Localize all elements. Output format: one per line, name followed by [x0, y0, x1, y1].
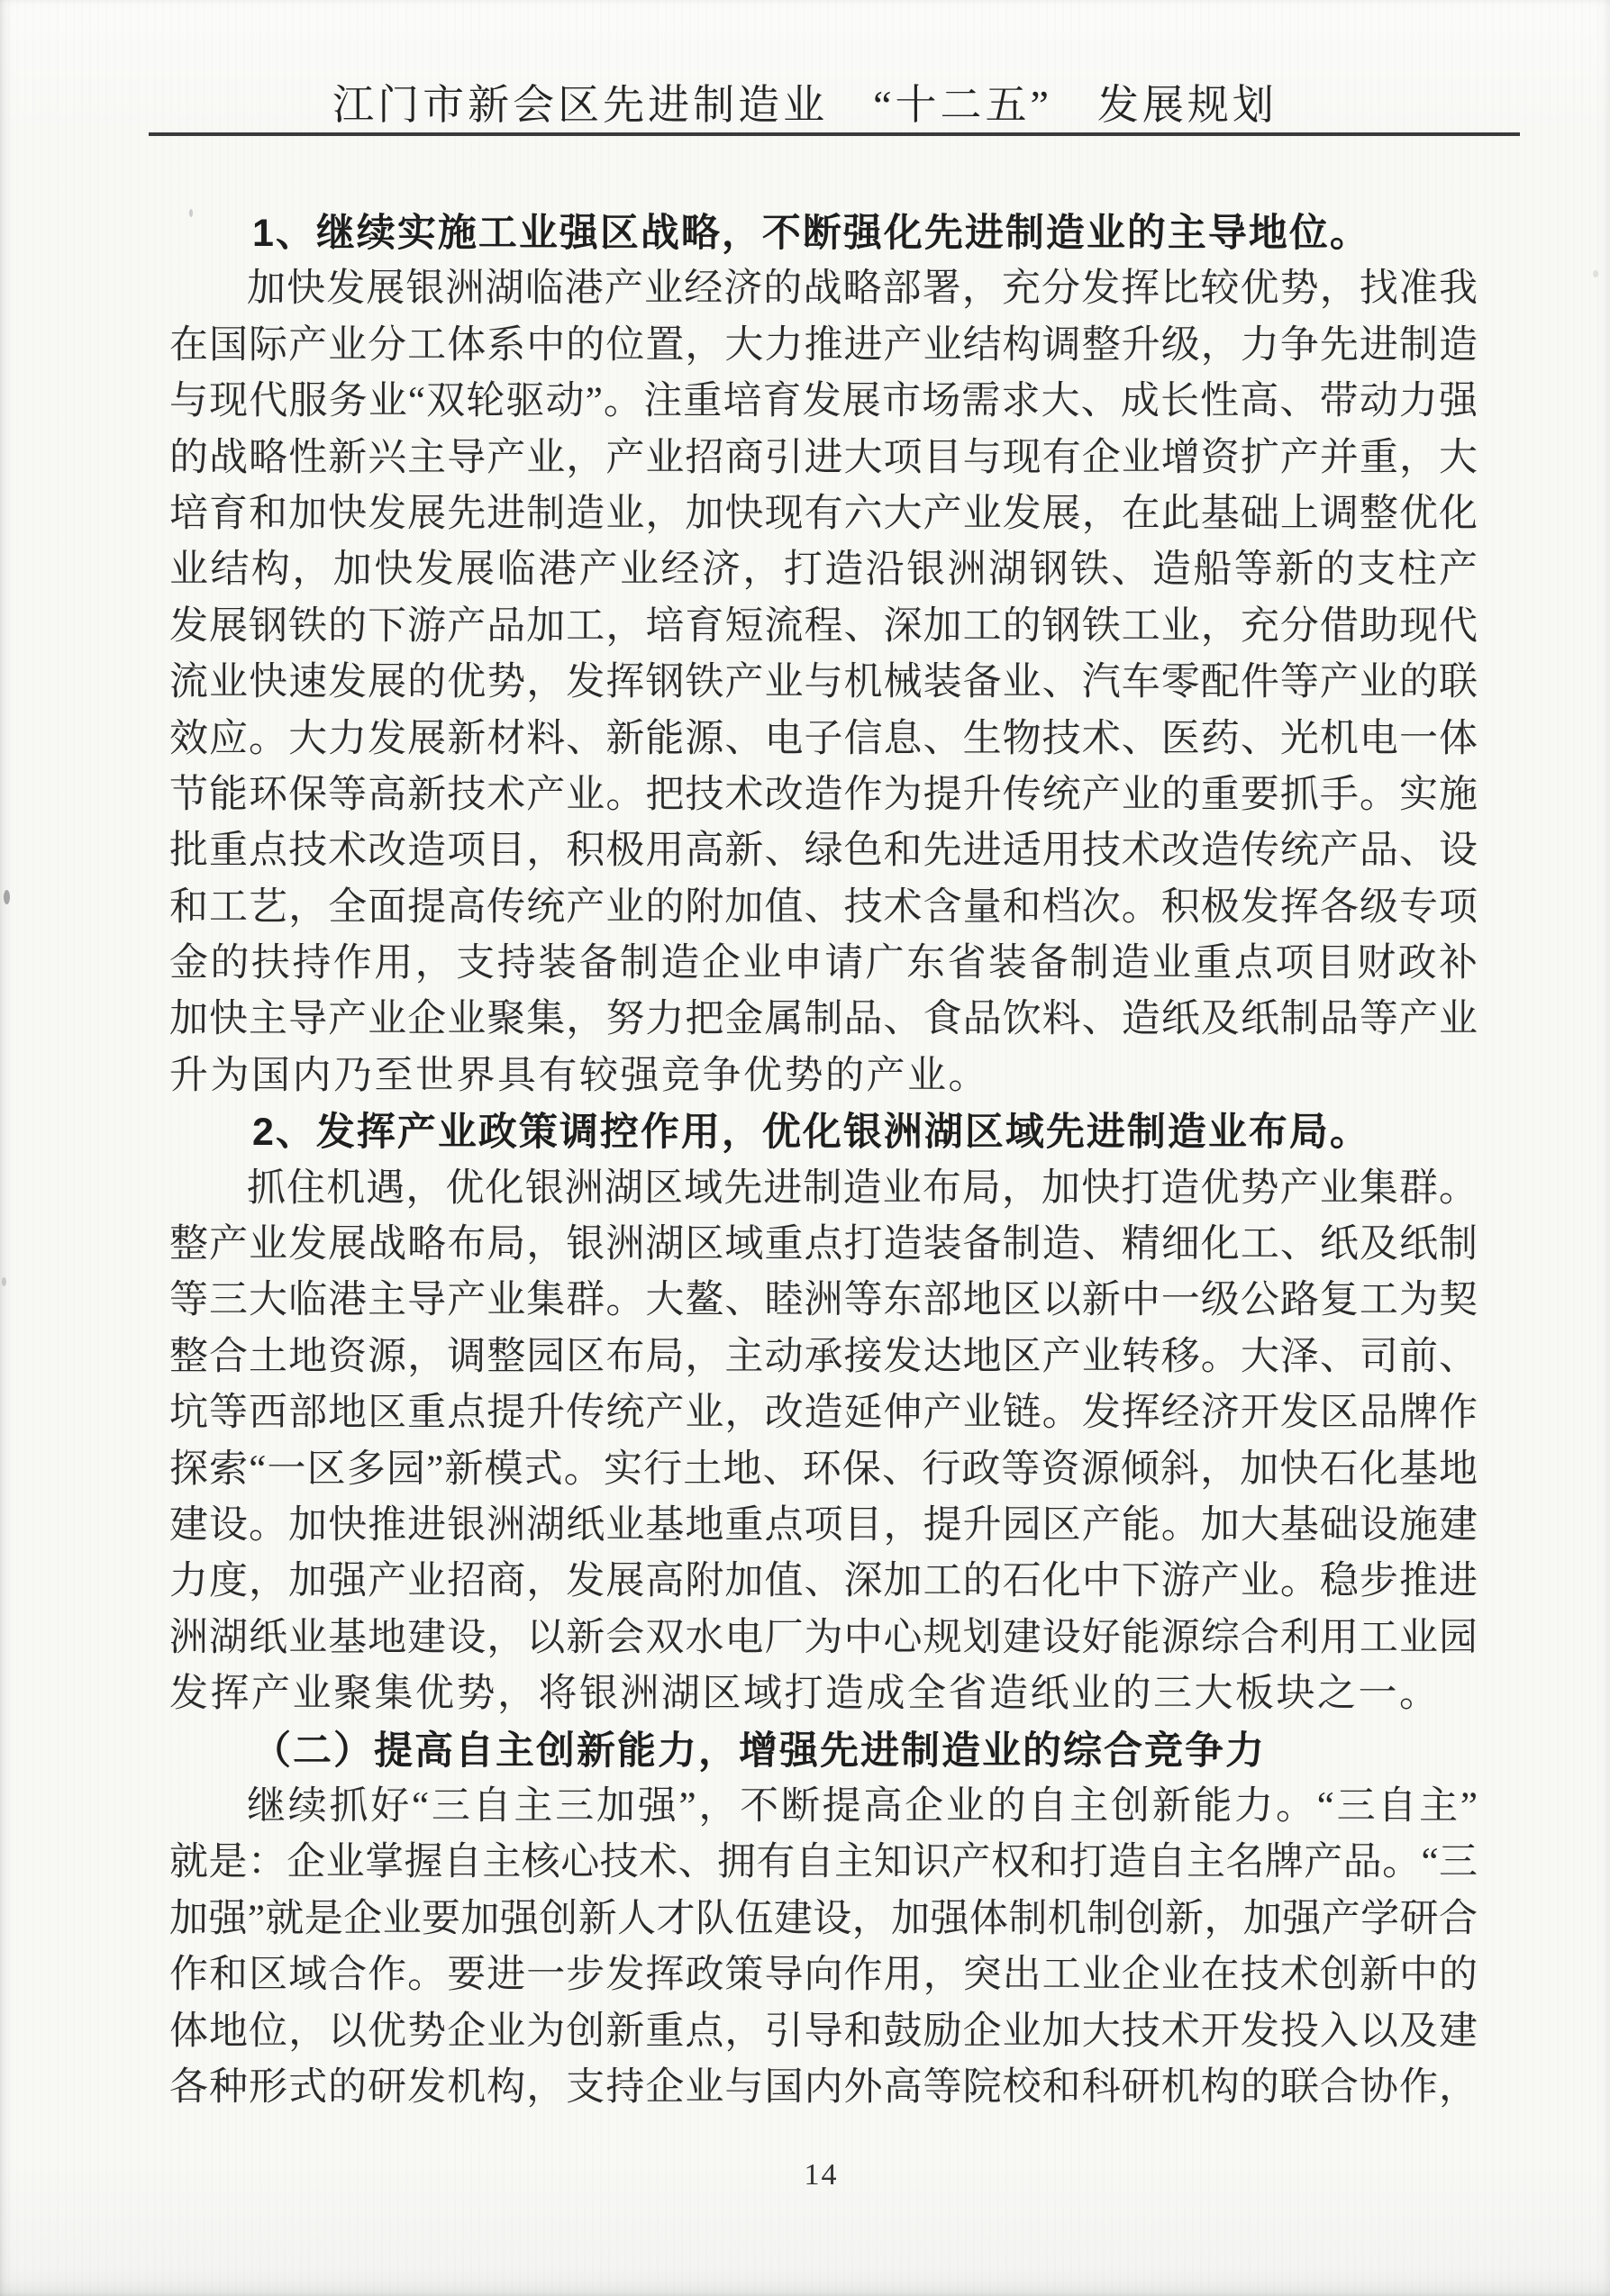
text-line: 在国际产业分工体系中的位置，大力推进产业结构调整升级，力争先进制造业: [169, 318, 1478, 374]
text-line: 的战略性新兴主导产业，产业招商引进大项目与现有企业增资扩产并重，大力: [169, 431, 1478, 486]
text-line: 等三大临港主导产业集群。大鳌、睦洲等东部地区以新中一级公路复工为契机，: [169, 1273, 1478, 1329]
text-line: 力度，加强产业招商，发展高附加值、深加工的石化中下游产业。稳步推进银: [169, 1554, 1478, 1610]
text-line: 建设。加快推进银洲湖纸业基地重点项目，提升园区产能。加大基础设施建设: [169, 1498, 1478, 1554]
text-line: 坑等西部地区重点提升传统产业，改造延伸产业链。发挥经济开发区品牌作用，: [169, 1385, 1478, 1441]
section-heading: 2、发挥产业政策调控作用，优化银洲湖区域先进制造业布局。: [169, 1104, 1478, 1160]
text-line: 作和区域合作。要进一步发挥政策导向作用，突出工业企业在技术创新中的主: [169, 1947, 1478, 2003]
text-line: 批重点技术改造项目，积极用高新、绿色和先进适用技术改造传统产品、设备: [169, 823, 1478, 879]
scan-speck: [4, 890, 10, 904]
text-line: 与现代服务业“双轮驱动”。注重培育发展市场需求大、成长性高、带动力强: [169, 374, 1478, 430]
text-line: 效应。大力发展新材料、新能源、电子信息、生物技术、医药、光机电一体化、: [169, 712, 1478, 767]
scanned-document-page: 江门市新会区先进制造业 “十二五” 发展规划 1、继续实施工业强区战略，不断强化…: [0, 0, 1610, 2296]
text-line: 继续抓好“三自主三加强”，不断提高企业的自主创新能力。“三自主”: [169, 1779, 1478, 1835]
text-line: 加强”就是企业要加强创新人才队伍建设，加强体制机制创新，加强产学研合: [169, 1892, 1478, 1947]
text-line: 发挥产业聚集优势，将银洲湖区域打造成全省造纸业的三大板块之一。: [169, 1666, 1478, 1722]
document-header-title: 江门市新会区先进制造业 “十二五” 发展规划: [0, 72, 1610, 132]
text-line: 升为国内乃至世界具有较强竞争优势的产业。: [169, 1048, 1478, 1104]
section-heading: （二）提高自主创新能力，增强先进制造业的综合竞争力: [169, 1723, 1478, 1779]
scan-speck: [189, 209, 193, 217]
text-line: 抓住机遇，优化银洲湖区域先进制造业布局，加快打造优势产业集群。调: [169, 1161, 1478, 1217]
text-line: 整合土地资源，调整园区布局，主动承接发达地区产业转移。大泽、司前、罗: [169, 1330, 1478, 1385]
text-line: 加快主导产业企业聚集，努力把金属制品、食品饮料、造纸及纸制品等产业提: [169, 992, 1478, 1048]
text-line: 就是：企业掌握自主核心技术、拥有自主知识产权和打造自主名牌产品。“三: [169, 1835, 1478, 1891]
text-line: 体地位，以优势企业为创新重点，引导和鼓励企业加大技术开发投入以及建立: [169, 2004, 1478, 2060]
text-line: 金的扶持作用，支持装备制造企业申请广东省装备制造业重点项目财政补贴。: [169, 936, 1478, 992]
text-line: 业结构，加快发展临港产业经济，打造沿银洲湖钢铁、造船等新的支柱产业。: [169, 542, 1478, 598]
page-number: 14: [805, 2158, 839, 2192]
header-rule: [149, 132, 1520, 136]
text-line: 和工艺，全面提高传统产业的附加值、技术含量和档次。积极发挥各级专项资: [169, 880, 1478, 936]
text-line: 整产业发展战略布局，银洲湖区域重点打造装备制造、精细化工、纸及纸制品: [169, 1217, 1478, 1273]
text-line: 流业快速发展的优势，发挥钢铁产业与机械装备业、汽车零配件等产业的联动: [169, 655, 1478, 711]
text-line: 节能环保等高新技术产业。把技术改造作为提升传统产业的重要抓手。实施一: [169, 767, 1478, 823]
text-line: 各种形式的研发机构，支持企业与国内外高等院校和科研机构的联合协作，选: [169, 2060, 1478, 2116]
document-body: 1、继续实施工业强区战略，不断强化先进制造业的主导地位。加快发展银洲湖临港产业经…: [169, 205, 1478, 2116]
scan-speck: [2, 1277, 6, 1286]
text-line: 洲湖纸业基地建设，以新会双水电厂为中心规划建设好能源综合利用工业园区，: [169, 1611, 1478, 1666]
text-line: 探索“一区多园”新模式。实行土地、环保、行政等资源倾斜，加快石化基地: [169, 1442, 1478, 1498]
text-line: 培育和加快发展先进制造业，加快现有六大产业发展，在此基础上调整优化产: [169, 486, 1478, 542]
scan-speck: [1593, 270, 1598, 277]
text-line: 发展钢铁的下游产品加工，培育短流程、深加工的钢铁工业，充分借助现代物: [169, 599, 1478, 655]
text-line: 加快发展银洲湖临港产业经济的战略部署，充分发挥比较优势，找准我区: [169, 261, 1478, 317]
section-heading: 1、继续实施工业强区战略，不断强化先进制造业的主导地位。: [169, 205, 1478, 261]
